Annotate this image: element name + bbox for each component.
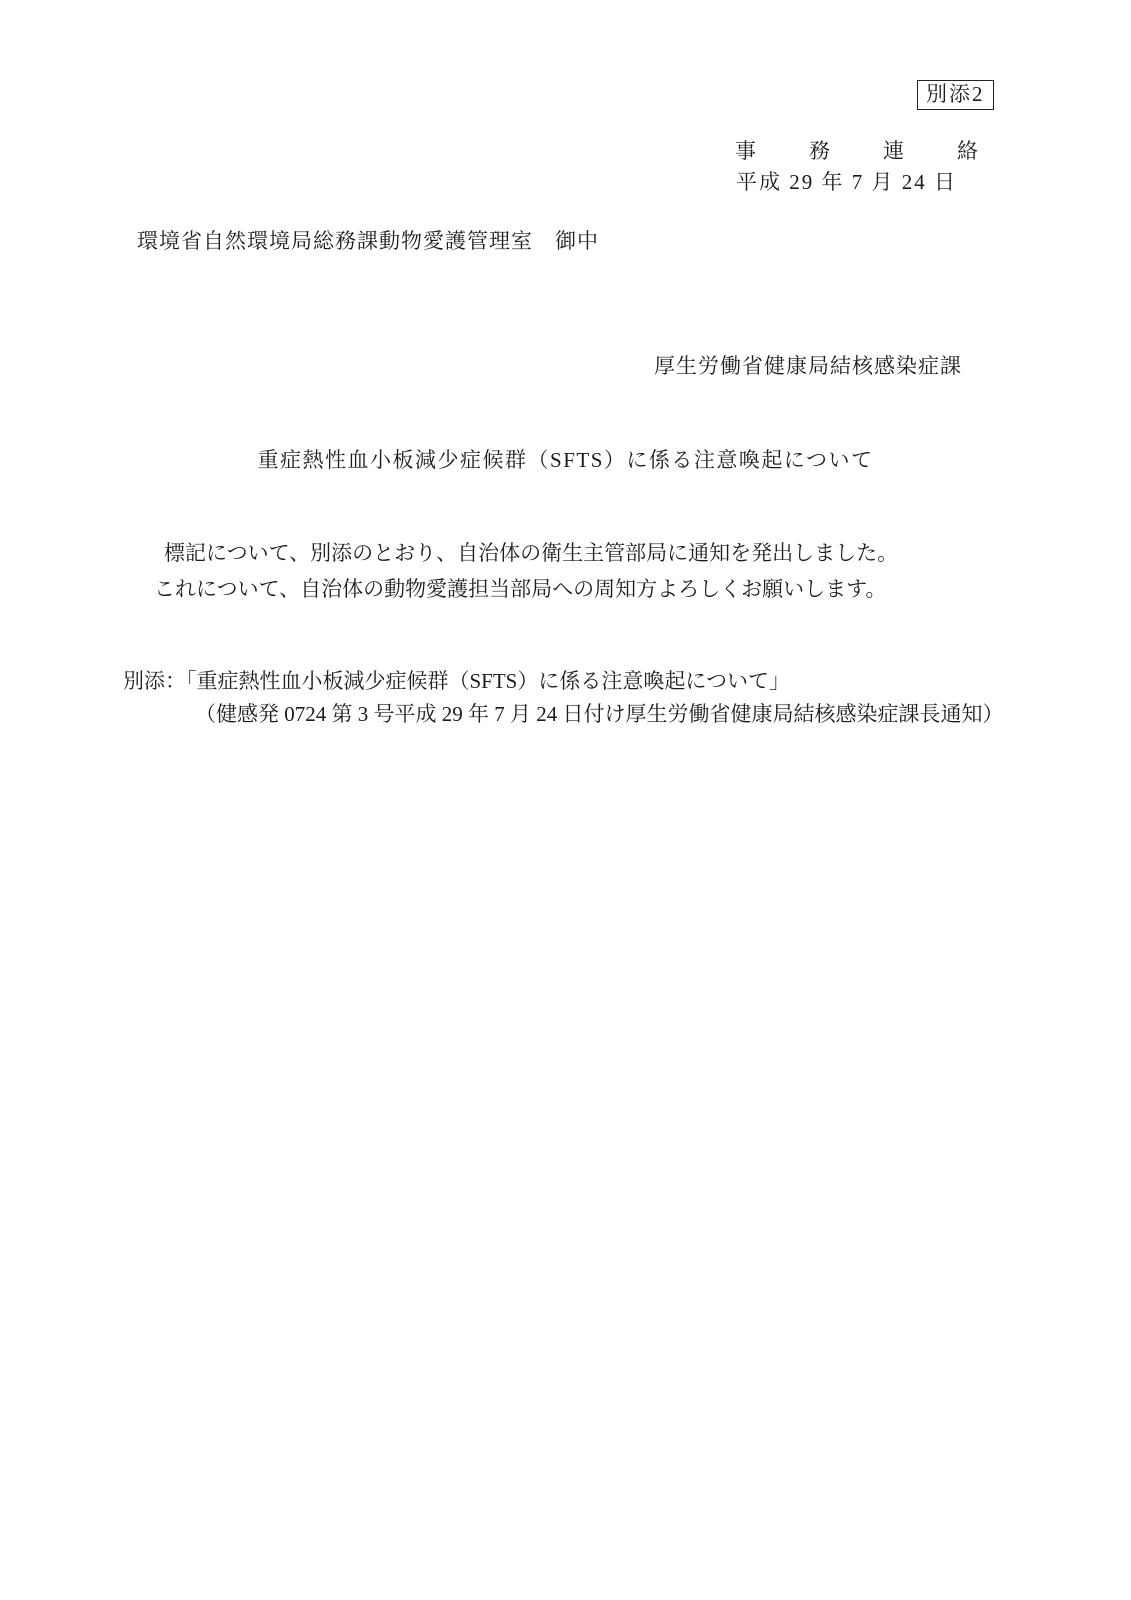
doc-type-label: 事 務 連 絡 bbox=[735, 138, 994, 164]
doc-date: 平成 29 年 7 月 24 日 bbox=[736, 169, 957, 195]
body-paragraph-line-1: 標記について、別添のとおり、自治体の衛生主管部局に通知を発出しました。 bbox=[164, 540, 898, 566]
attachment-number-badge: 別添2 bbox=[917, 80, 994, 110]
sender-organization: 厚生労働省健康局結核感染症課 bbox=[654, 353, 962, 379]
attachment-reference-line-1: 別添：「重症熱性血小板減少症候群（SFTS）に係る注意喚起について」 bbox=[123, 668, 790, 694]
addressee-line: 環境省自然環境局総務課動物愛護管理室 御中 bbox=[137, 228, 599, 254]
body-paragraph-line-2: これについて、自治体の動物愛護担当部局への周知方よろしくお願いします。 bbox=[154, 576, 886, 602]
document-page: 別添2 事 務 連 絡 平成 29 年 7 月 24 日 環境省自然環境局総務課… bbox=[0, 0, 1131, 1600]
document-title: 重症熱性血小板減少症候群（SFTS）に係る注意喚起について bbox=[0, 447, 1131, 473]
attachment-reference-line-2: （健感発 0724 第 3 号平成 29 年 7 月 24 日付け厚生労働省健康… bbox=[195, 701, 1004, 727]
